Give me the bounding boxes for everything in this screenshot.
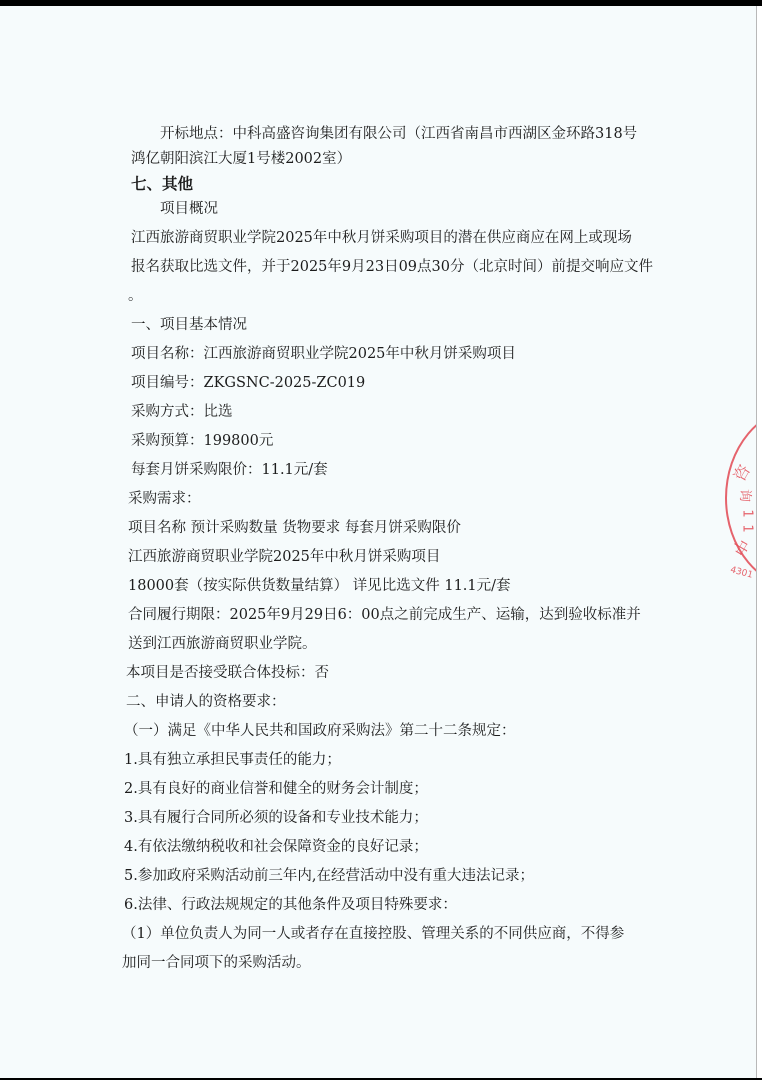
project-name: 项目名称：江西旅游商贸职业学院2025年中秋月饼采购项目 <box>131 344 516 364</box>
project-number: 项目编号：ZKGSNC-2025-ZC019 <box>131 373 365 393</box>
qualification-item: 6.法律、行政法规规定的其他条件及项目特殊要求： <box>124 895 457 915</box>
document-page: 开标地点：中科高盛咨询集团有限公司（江西省南昌市西湖区金环路318号 鸿亿朝阳滨… <box>0 6 757 1078</box>
stamp-char: 1 <box>740 524 755 532</box>
contract-period-2: 送到江西旅游商贸职业学院。 <box>128 634 317 654</box>
stamp-number: 4301 <box>729 565 754 581</box>
qualification-intro: （一）满足《中华人民共和国政府采购法》第二十二条规定： <box>124 721 516 741</box>
requirements-row-name: 江西旅游商贸职业学院2025年中秋月饼采购项目 <box>128 547 440 567</box>
qualification-item: 2.具有良好的商业信誉和健全的财务会计制度； <box>124 779 428 799</box>
contract-period-1: 合同履行期限：2025年9月29日6：00点之前完成生产、运输，达到验收标准并 <box>128 605 641 625</box>
qualification-item: 4.有依法缴纳税收和社会保障资金的良好记录； <box>124 837 428 857</box>
requirements-table-header: 项目名称 预计采购数量 货物要求 每套月饼采购限价 <box>128 518 461 538</box>
stamp-clip: 咨 询 1 1 中 4301 <box>0 6 757 1078</box>
qualification-item: 3.具有履行合同所必须的设备和专业技术能力； <box>124 808 428 828</box>
stamp-char: 咨 <box>727 460 755 485</box>
opening-location: 开标地点：中科高盛咨询集团有限公司（江西省南昌市西湖区金环路318号 <box>160 124 637 144</box>
special-requirement-2: 加同一合同项下的采购活动。 <box>122 953 311 973</box>
stamp-char: 1 <box>740 509 755 517</box>
budget: 采购预算：199800元 <box>131 431 273 451</box>
company-seal-stamp <box>725 406 757 590</box>
requirements-heading: 采购需求： <box>128 489 201 509</box>
consortium: 本项目是否接受联合体投标：否 <box>126 663 329 683</box>
overview-text-2: 报名获取比选文件，并于2025年9月23日09点30分（北京时间）前提交响应文件 <box>131 257 653 277</box>
procurement-method: 采购方式：比选 <box>131 402 233 422</box>
qualification-item: 5.参加政府采购活动前三年内,在经营活动中没有重大违法记录； <box>124 866 534 886</box>
special-requirement-1: （1）单位负责人为同一人或者存在直接控股、管理关系的不同供应商，不得参 <box>122 924 624 944</box>
requirements-row-values: 18000套（按实际供货数量结算） 详见比选文件 11.1元/套 <box>128 576 511 596</box>
price-limit: 每套月饼采购限价：11.1元/套 <box>131 460 328 480</box>
stamp-char: 中 <box>727 535 755 560</box>
overview-text-1: 江西旅游商贸职业学院2025年中秋月饼采购项目的潜在供应商应在网上或现场 <box>131 228 632 248</box>
page-edge <box>756 6 762 1078</box>
section-seven-heading: 七、其他 <box>131 174 193 194</box>
section-one-heading: 一、项目基本情况 <box>131 315 247 335</box>
overview-heading: 项目概况 <box>160 199 218 219</box>
opening-location-cont: 鸿亿朝阳滨江大厦1号楼2002室） <box>131 149 351 169</box>
section-two-heading: 二、申请人的资格要求： <box>126 692 286 712</box>
stamp-char: 询 <box>737 489 756 502</box>
overview-text-3: 。 <box>128 286 143 306</box>
qualification-item: 1.具有独立承担民事责任的能力； <box>124 750 341 770</box>
